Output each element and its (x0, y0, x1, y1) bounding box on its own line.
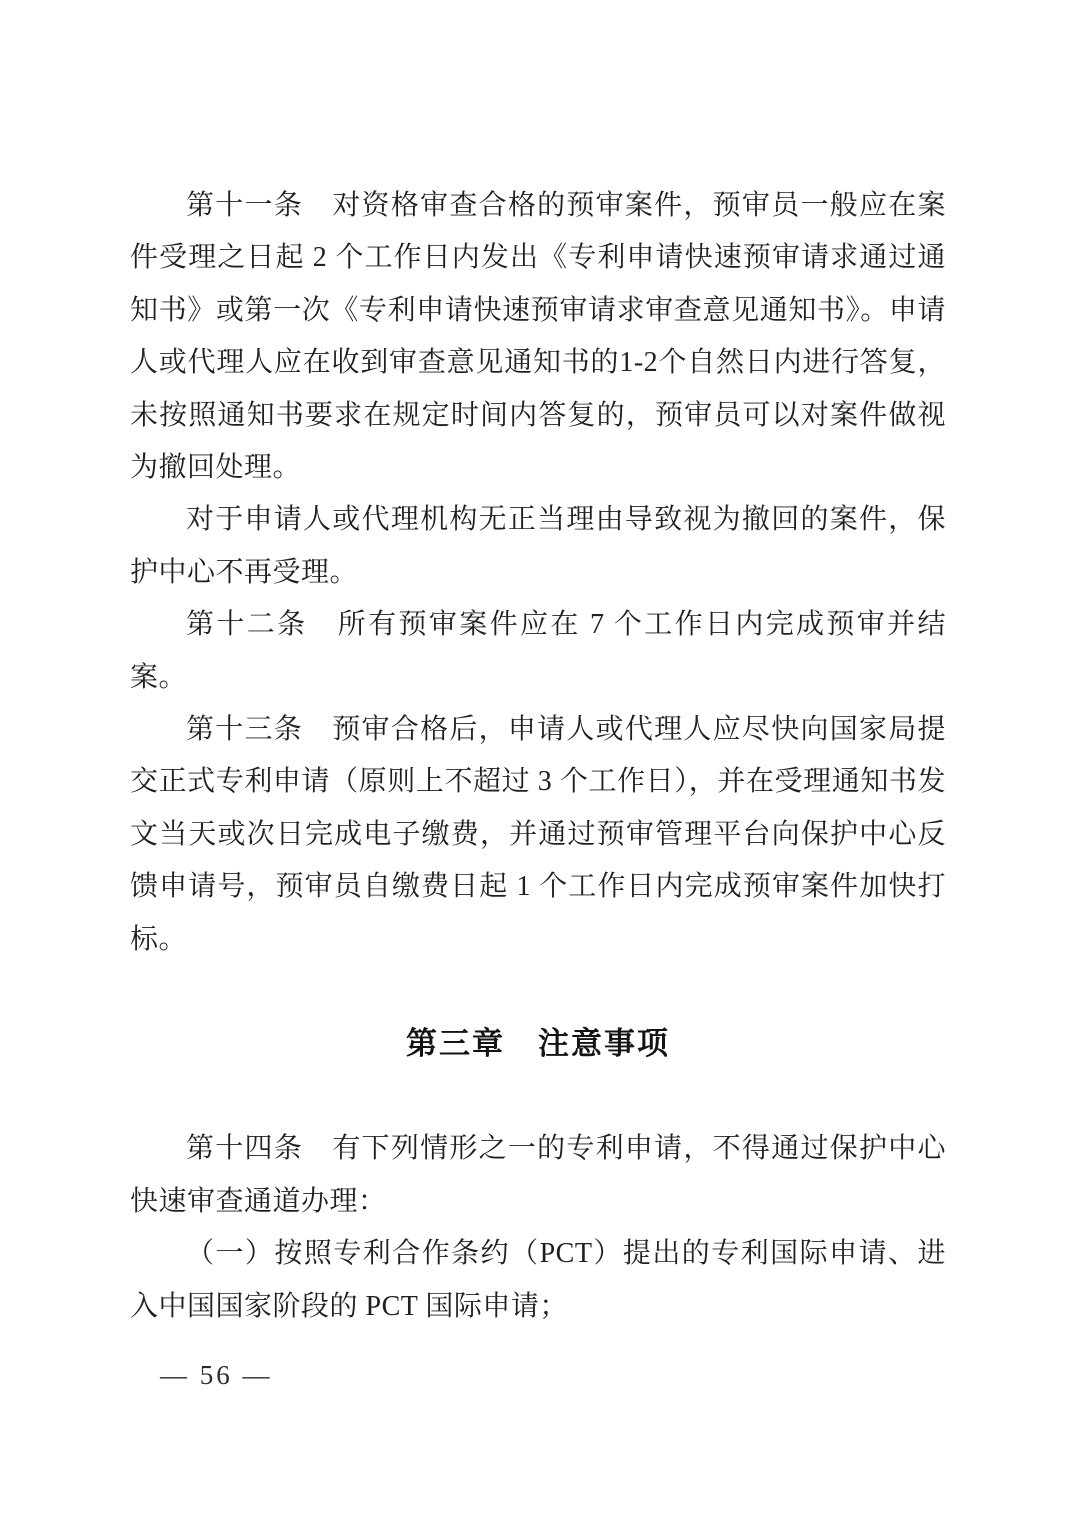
document-page: 第十一条 对资格审查合格的预审案件，预审员一般应在案件受理之日起 2 个工作日内… (0, 0, 1074, 1520)
page-number: — 56 — (160, 1355, 273, 1395)
paragraph-article-14: 第十四条 有下列情形之一的专利申请，不得通过保护中心快速审查通道办理： (130, 1123, 946, 1228)
chapter-heading: 第三章 注意事项 (130, 1018, 946, 1070)
paragraph-withdrawn-cases: 对于申请人或代理机构无正当理由导致视为撤回的案件，保护中心不再受理。 (130, 494, 946, 599)
paragraph-article-12: 第十二条 所有预审案件应在 7 个工作日内完成预审并结案。 (130, 599, 946, 704)
paragraph-article-13: 第十三条 预审合格后，申请人或代理人应尽快向国家局提交正式专利申请（原则上不超过… (130, 704, 946, 966)
document-body: 第十一条 对资格审查合格的预审案件，预审员一般应在案件受理之日起 2 个工作日内… (130, 180, 946, 1333)
paragraph-article-11: 第十一条 对资格审查合格的预审案件，预审员一般应在案件受理之日起 2 个工作日内… (130, 180, 946, 494)
paragraph-item-1: （一）按照专利合作条约（PCT）提出的专利国际申请、进入中国国家阶段的 PCT … (130, 1228, 946, 1333)
